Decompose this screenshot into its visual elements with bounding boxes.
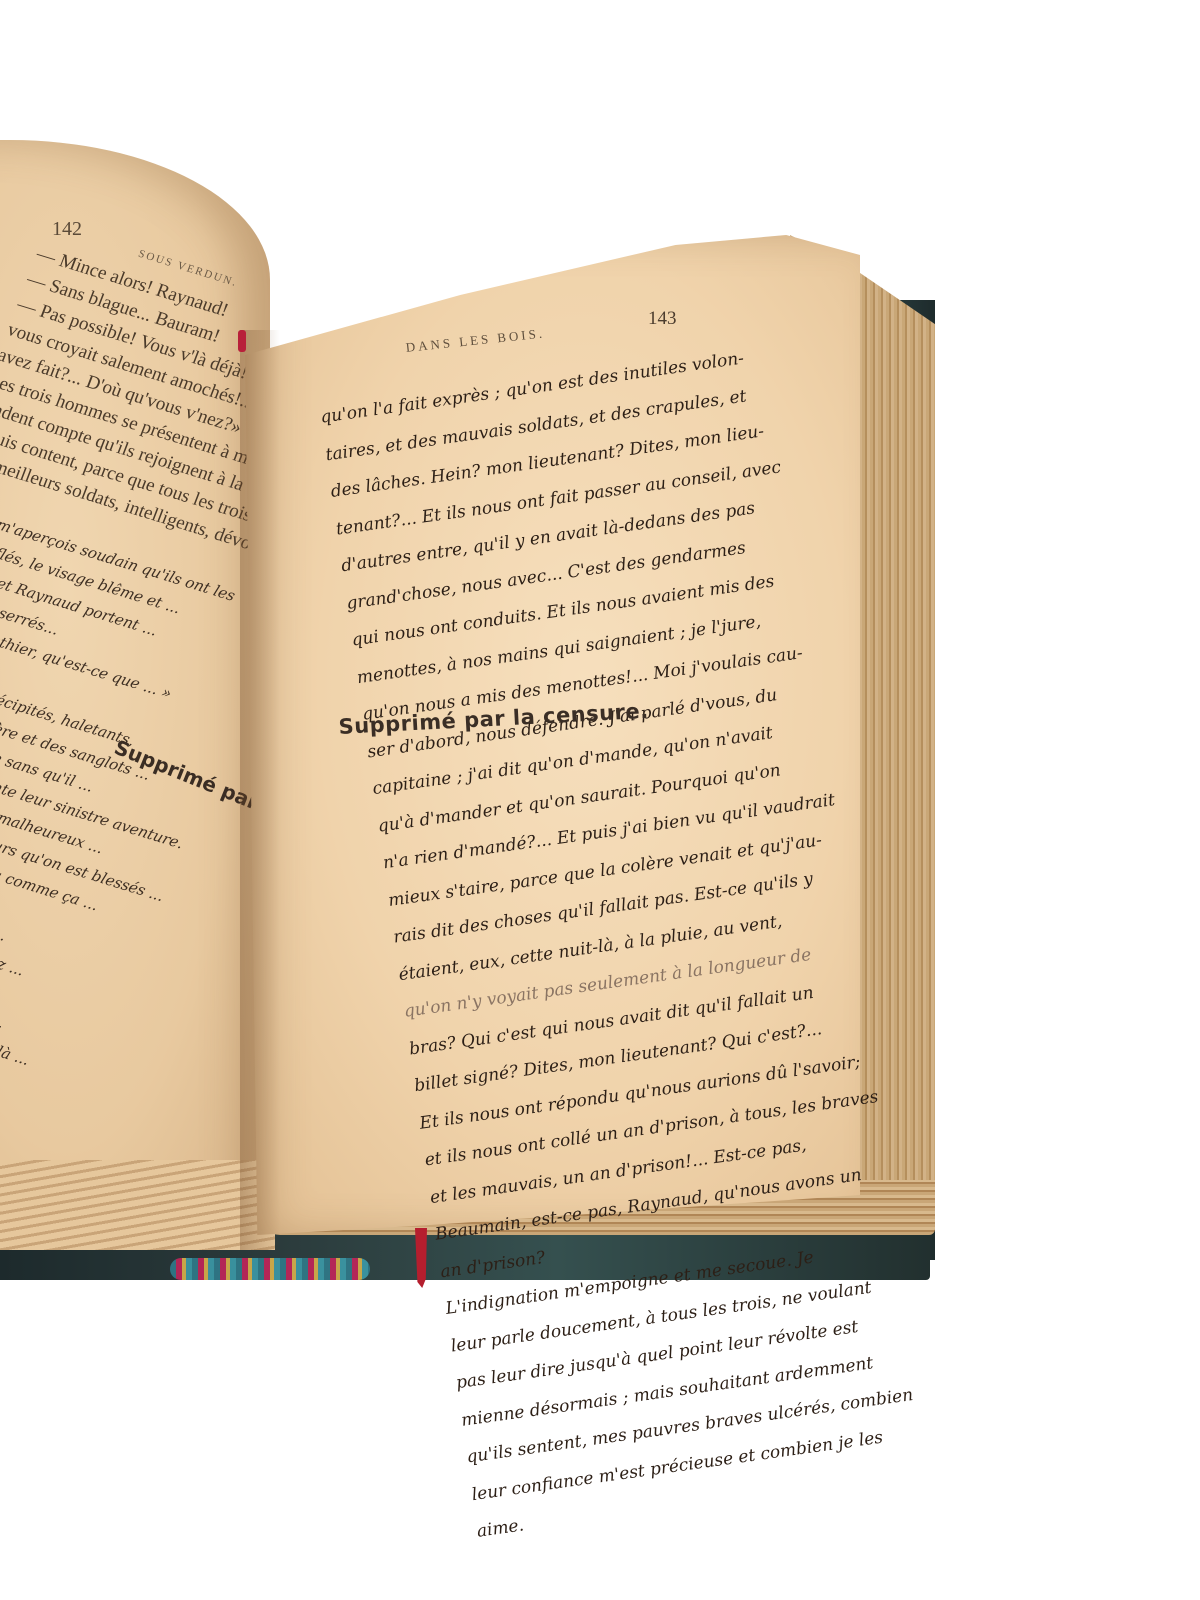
photo-scene: 142 SOUS VERDUN. — Mince alors! Raynaud!… <box>0 0 1200 1600</box>
gutter-shadow <box>240 330 280 1250</box>
gutter-thread <box>238 330 246 352</box>
left-printed-lines: — Mince alors! Raynaud!— Sans blague... … <box>0 241 262 561</box>
right-page-number: 143 <box>648 308 677 330</box>
headband <box>170 1258 370 1280</box>
left-page-fan <box>0 1160 275 1250</box>
